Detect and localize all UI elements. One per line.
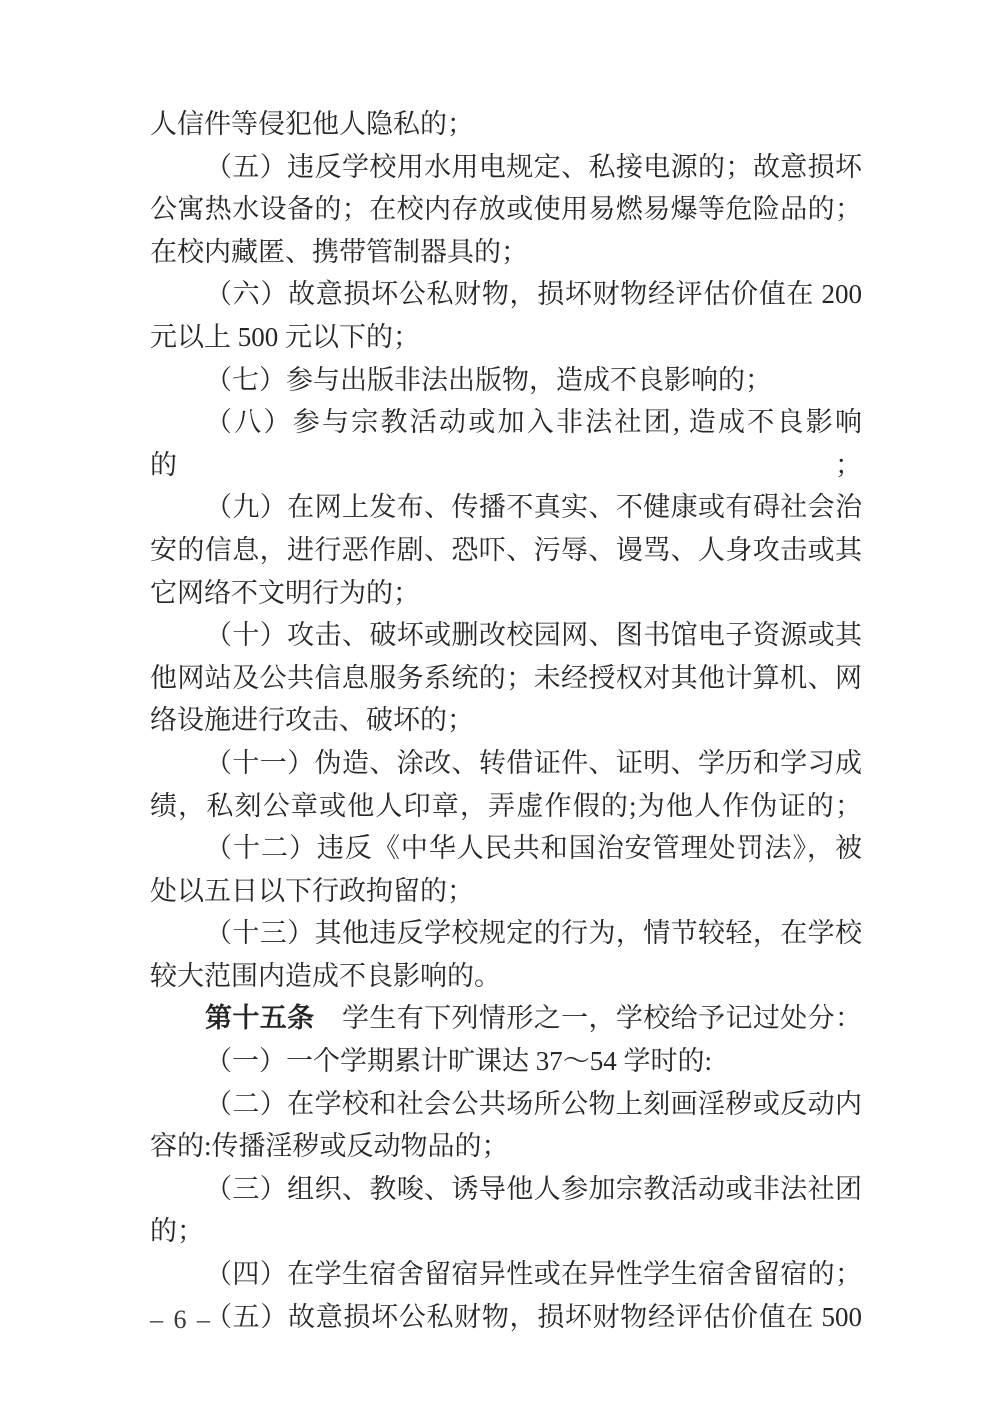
text-line: 他网站及公共信息服务系统的；未经授权对其他计算机、网 — [150, 657, 862, 700]
text-line: （六）故意损坏公私财物，损坏财物经评估价值在 200 — [150, 273, 862, 316]
text-line: （一）一个学期累计旷课达 37～54 学时的: — [150, 1040, 862, 1083]
text-line: （二）在学校和社会公共场所公物上刻画淫秽或反动内 — [150, 1083, 862, 1126]
text-line: （十三）其他违反学校规定的行为，情节较轻，在学校 — [150, 912, 862, 955]
text-line: 的； — [150, 1210, 862, 1253]
text-line: 人信件等侵犯他人隐私的； — [150, 103, 862, 146]
text-line: 在校内藏匿、携带管制器具的； — [150, 231, 862, 274]
text-line: 第十五条 学生有下列情形之一，学校给予记过处分： — [150, 997, 862, 1040]
text-line: 绩，私刻公章或他人印章，弄虚作假的;为他人作伪证的； — [150, 785, 862, 828]
text-line: 处以五日以下行政拘留的； — [150, 870, 862, 913]
text-line: 元以上 500 元以下的； — [150, 316, 862, 359]
page-number: – 6 – — [150, 1305, 212, 1334]
text-line: （五）违反学校用水用电规定、私接电源的；故意损坏 — [150, 146, 862, 189]
text-line: 较大范围内造成不良影响的。 — [150, 955, 862, 998]
page-footer: – 6 – — [150, 1305, 212, 1335]
document-text-block: 人信件等侵犯他人隐私的；（五）违反学校用水用电规定、私接电源的；故意损坏公寓热水… — [150, 103, 862, 1338]
text-line: 络设施进行攻击、破坏的； — [150, 699, 862, 742]
text-line: 容的:传播淫秽或反动物品的； — [150, 1125, 862, 1168]
text-line: （三）组织、教唆、诱导他人参加宗教活动或非法社团 — [150, 1168, 862, 1211]
text-line: 它网络不文明行为的； — [150, 572, 862, 615]
text-line: （十二）违反《中华人民共和国治安管理处罚法》，被 — [150, 827, 862, 870]
scanned-document-page: 人信件等侵犯他人隐私的；（五）违反学校用水用电规定、私接电源的；故意损坏公寓热水… — [0, 0, 1000, 1415]
text-line: 公寓热水设备的；在校内存放或使用易燃易爆等危险品的； — [150, 188, 862, 231]
article-heading: 第十五条 — [205, 1003, 315, 1033]
text-line: （十一）伪造、涂改、转借证件、证明、学历和学习成 — [150, 742, 862, 785]
text-line: （七）参与出版非法出版物，造成不良影响的； — [150, 359, 862, 402]
text-line: （九）在网上发布、传播不真实、不健康或有碍社会治 — [150, 486, 862, 529]
text-line: （五）故意损坏公私财物，损坏财物经评估价值在 500 — [150, 1296, 862, 1339]
text-line: 安的信息，进行恶作剧、恐吓、污辱、谩骂、人身攻击或其 — [150, 529, 862, 572]
text-line: （八）参与宗教活动或加入非法社团, 造成不良影响的； — [150, 401, 862, 486]
text-line: （十）攻击、破坏或删改校园网、图书馆电子资源或其 — [150, 614, 862, 657]
text-line: （四）在学生宿舍留宿异性或在异性学生宿舍留宿的； — [150, 1253, 862, 1296]
